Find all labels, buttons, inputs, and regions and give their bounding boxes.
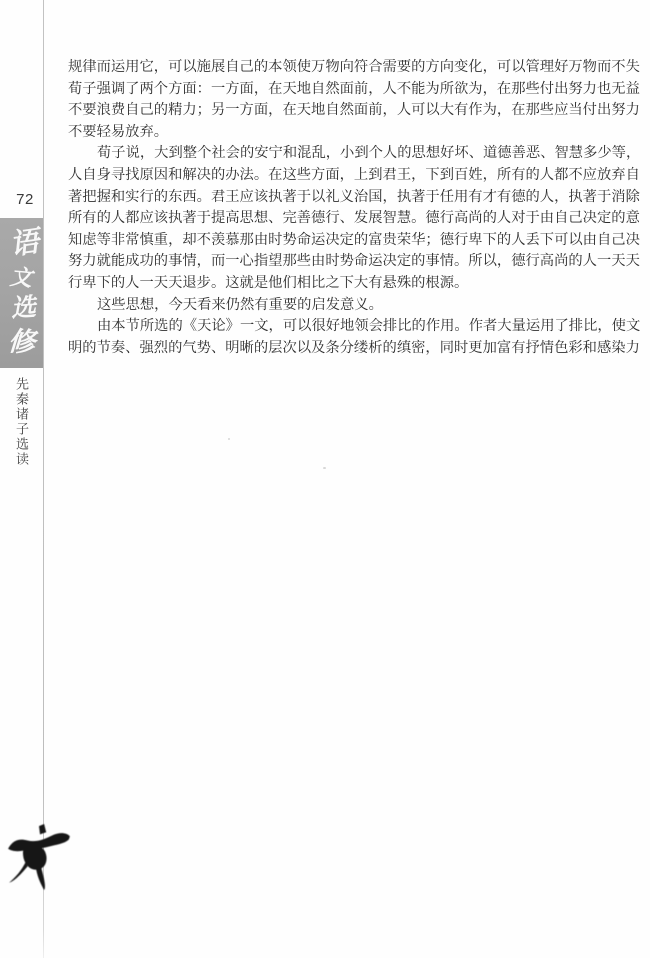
- text-line: 人自身寻找原因和解决的办法。在这些方面，上到君王，下到百姓，所有的人都不应放弃自…: [68, 165, 640, 187]
- text-line: 不要浪费自己的精力；另一方面，在天地自然面前，人可以大有作为，在那些应当付出努力…: [68, 100, 640, 122]
- banner-calligraphy-char: 文: [10, 266, 34, 290]
- series-title-text: 先秦诸子选读: [12, 377, 31, 467]
- ink-jue-vessel-illustration: [7, 822, 73, 892]
- text-line: 所有的人都应该执著于提高思想、完善德行、发展智慧。德行高尚的人对于由自己决定的意…: [68, 208, 640, 230]
- text-line: 这些思想，今天看来仍然有重要的启发意义。: [68, 295, 640, 317]
- book-title-banner: 语 文 选 修: [0, 218, 43, 368]
- text-line: 荀子强调了两个方面：一方面，在天地自然面前，人不能为所欲为，在那些付出努力也无益…: [68, 79, 640, 101]
- text-line: 明的节奏、强烈的气势、明晰的层次以及条分缕析的缜密，同时更加富有抒情色彩和感染力…: [68, 338, 640, 360]
- article-body: 规律而运用它，可以施展自己的本领使万物向符合需要的方向变化，可以管理好万物而不失…: [68, 57, 640, 359]
- scan-speck: [228, 438, 230, 440]
- text-line: 规律而运用它，可以施展自己的本领使万物向符合需要的方向变化，可以管理好万物而不失…: [68, 57, 640, 79]
- text-line: 著把握和实行的东西。君王应该执著于以礼义治国，执著于任用有才有德的人，执著于消除…: [68, 187, 640, 209]
- text-line: 由本节所选的《天论》一文，可以很好地领会排比的作用。作者大量运用了排比，使文章具…: [68, 316, 640, 338]
- jue-vessel-icon: [7, 822, 73, 892]
- text-line: 努力就能成功的事情，而一心指望那些由时势命运决定的事情。所以，德行高尚的人一天天…: [68, 251, 640, 273]
- series-title: 先秦诸子选读: [0, 377, 43, 472]
- text-line: 知虑等非常慎重，却不羡慕那由时势命运决定的富贵荣华；德行卑下的人丢下可以由自己决…: [68, 230, 640, 252]
- text-line: 荀子说，大到整个社会的安宁和混乱，小到个人的思想好坏、道德善恶、智慧多少等，都应…: [68, 143, 640, 165]
- text-line: 不要轻易放弃。: [68, 122, 640, 144]
- sidebar-divider-line: [43, 0, 44, 958]
- scan-speck: [323, 467, 326, 469]
- banner-calligraphy-char: 语: [8, 228, 41, 261]
- text-line: 行卑下的人一天天退步。这就是他们相比之下大有悬殊的根源。: [68, 273, 640, 295]
- banner-calligraphy-char: 修: [7, 328, 35, 356]
- scanned-book-page: 72 语 文 选 修 先秦诸子选读 规律而运用它，可以施展自己的本领使万物向符合…: [0, 0, 650, 958]
- page-number: 72: [12, 191, 38, 208]
- banner-calligraphy-char: 选: [10, 295, 37, 322]
